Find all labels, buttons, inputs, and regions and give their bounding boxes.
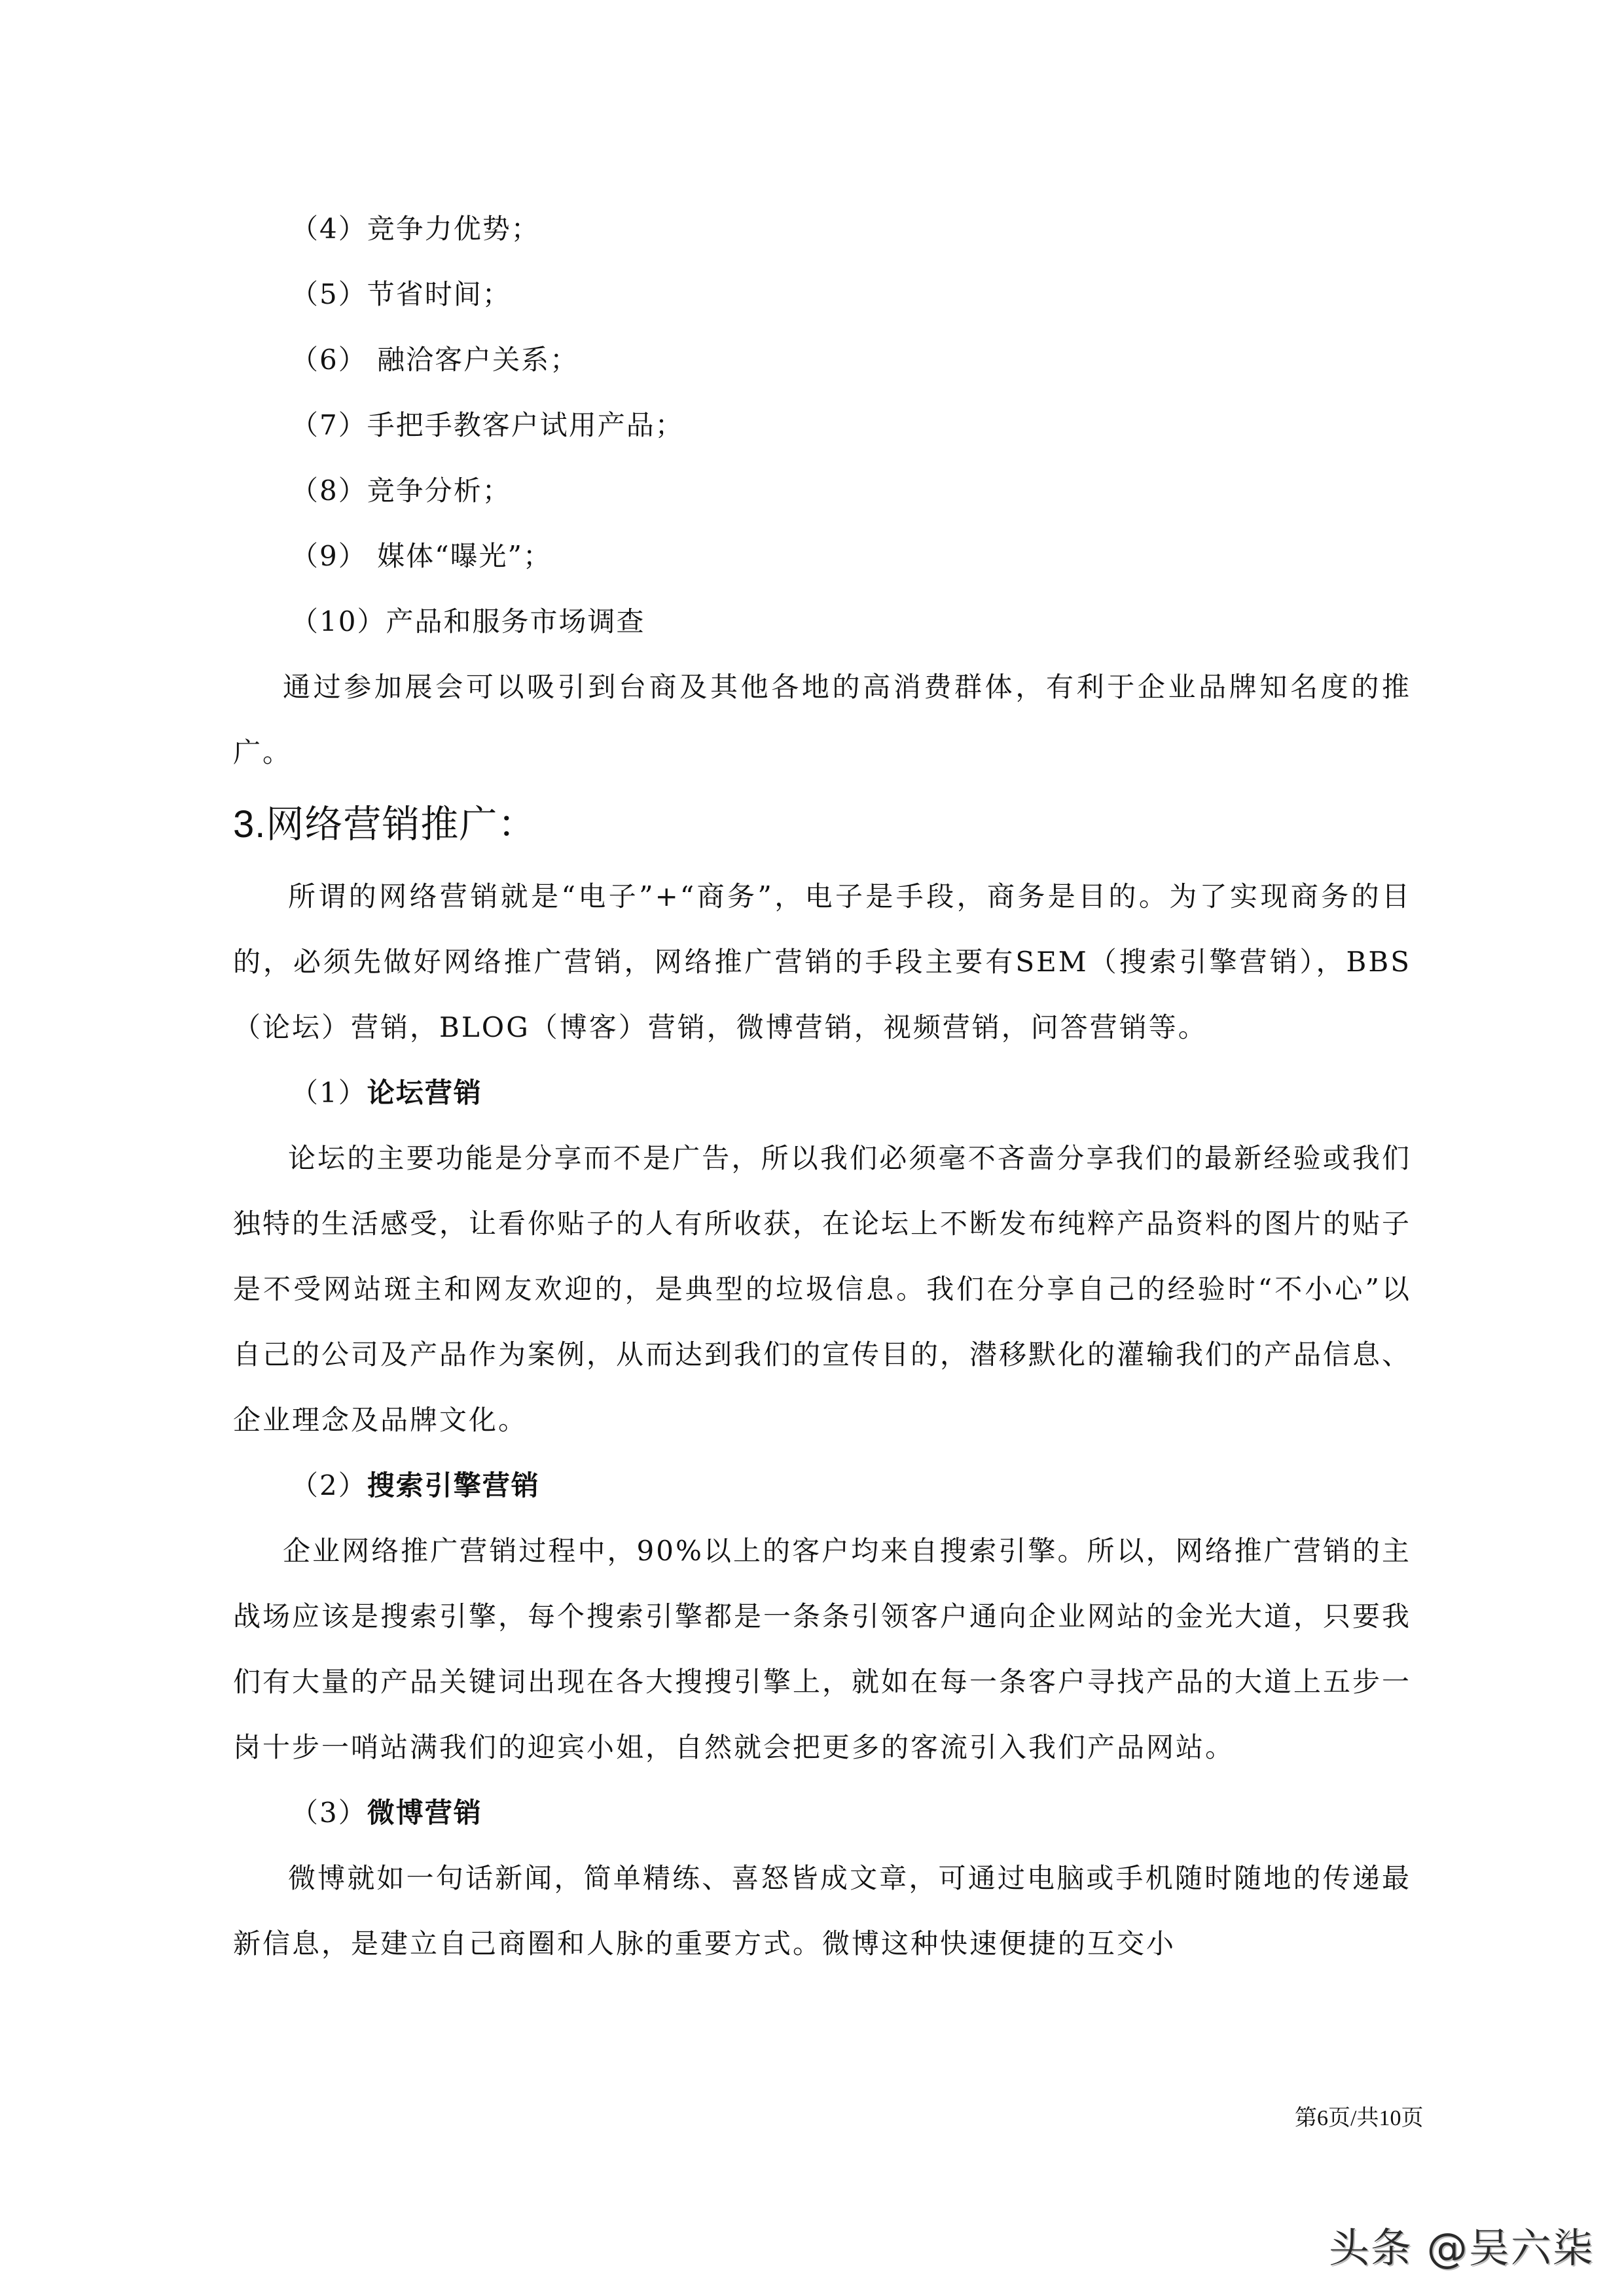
subsection-body: 论坛的主要功能是分享而不是广告，所以我们必须毫不吝啬分享我们的最新经验或我们独特… xyxy=(233,1126,1411,1453)
section-heading: 3.网络营销推广： xyxy=(233,785,1411,864)
subsection-heading: （2）搜索引擎营销 xyxy=(233,1453,1411,1518)
list-item-number: （5） xyxy=(291,278,367,310)
subsection-forum-marketing: （1）论坛营销 论坛的主要功能是分享而不是广告，所以我们必须毫不吝啬分享我们的最… xyxy=(233,1060,1411,1453)
list-item: （4）竞争力优势； xyxy=(233,196,1411,262)
list-item-text: 手把手教客户试用产品； xyxy=(367,409,684,441)
subsection-number: （2） xyxy=(291,1469,367,1501)
list-item: （8）竞争分析； xyxy=(233,458,1411,524)
list-item-text: 竞争力优势； xyxy=(367,213,540,245)
list-item: （6） 融洽客户关系； xyxy=(233,327,1411,393)
subsection-heading: （3）微博营销 xyxy=(233,1780,1411,1846)
exhibition-paragraph: 通过参加展会可以吸引到台商及其他各地的高消费群体，有利于企业品牌知名度的推广。 xyxy=(233,655,1411,785)
list-item: （10）产品和服务市场调查 xyxy=(233,589,1411,655)
list-item-text: 竞争分析； xyxy=(367,475,511,507)
subsection-body: 企业网络推广营销过程中，90%以上的客户均来自搜索引擎。所以，网络推广营销的主战… xyxy=(233,1518,1411,1780)
subsection-body: 微博就如一句话新闻，简单精练、喜怒皆成文章，可通过电脑或手机随时随地的传递最新信… xyxy=(233,1846,1411,1977)
list-item-number: （9） xyxy=(291,540,367,572)
list-item-text: 融洽客户关系； xyxy=(367,344,579,376)
subsection-title: 论坛营销 xyxy=(367,1077,482,1109)
subsection-heading: （1）论坛营销 xyxy=(233,1060,1411,1126)
list-item-number: （7） xyxy=(291,409,367,441)
list-item-number: （8） xyxy=(291,475,367,507)
numbered-list: （4）竞争力优势； （5）节省时间； （6） 融洽客户关系； （7）手把手教客户… xyxy=(233,196,1411,655)
subsection-number: （3） xyxy=(291,1797,367,1829)
author-watermark: 头条 @吴六柒 xyxy=(1329,2215,1595,2274)
list-item: （5）节省时间； xyxy=(233,262,1411,327)
subsection-title: 搜索引擎营销 xyxy=(367,1469,540,1501)
list-item-number: （6） xyxy=(291,344,367,376)
document-page: （4）竞争力优势； （5）节省时间； （6） 融洽客户关系； （7）手把手教客户… xyxy=(0,0,1624,2296)
list-item-number: （4） xyxy=(291,213,367,245)
list-item-text: 节省时间； xyxy=(367,278,511,310)
list-item: （7）手把手教客户试用产品； xyxy=(233,393,1411,458)
list-item-text: 产品和服务市场调查 xyxy=(386,605,645,637)
subsection-search-engine-marketing: （2）搜索引擎营销 企业网络推广营销过程中，90%以上的客户均来自搜索引擎。所以… xyxy=(233,1453,1411,1780)
list-item-text: 媒体“曝光”； xyxy=(367,540,552,572)
section-intro-paragraph: 所谓的网络营销就是“电子”+“商务”，电子是手段，商务是目的。为了实现商务的目的… xyxy=(233,864,1411,1060)
list-item: （9） 媒体“曝光”； xyxy=(233,524,1411,589)
subsection-number: （1） xyxy=(291,1077,367,1109)
page-indicator: 第6页/共10页 xyxy=(1295,2100,1423,2132)
subsection-title: 微博营销 xyxy=(367,1797,482,1829)
list-item-number: （10） xyxy=(291,605,386,637)
page-content: （4）竞争力优势； （5）节省时间； （6） 融洽客户关系； （7）手把手教客户… xyxy=(233,196,1411,1977)
subsection-weibo-marketing: （3）微博营销 微博就如一句话新闻，简单精练、喜怒皆成文章，可通过电脑或手机随时… xyxy=(233,1780,1411,1977)
